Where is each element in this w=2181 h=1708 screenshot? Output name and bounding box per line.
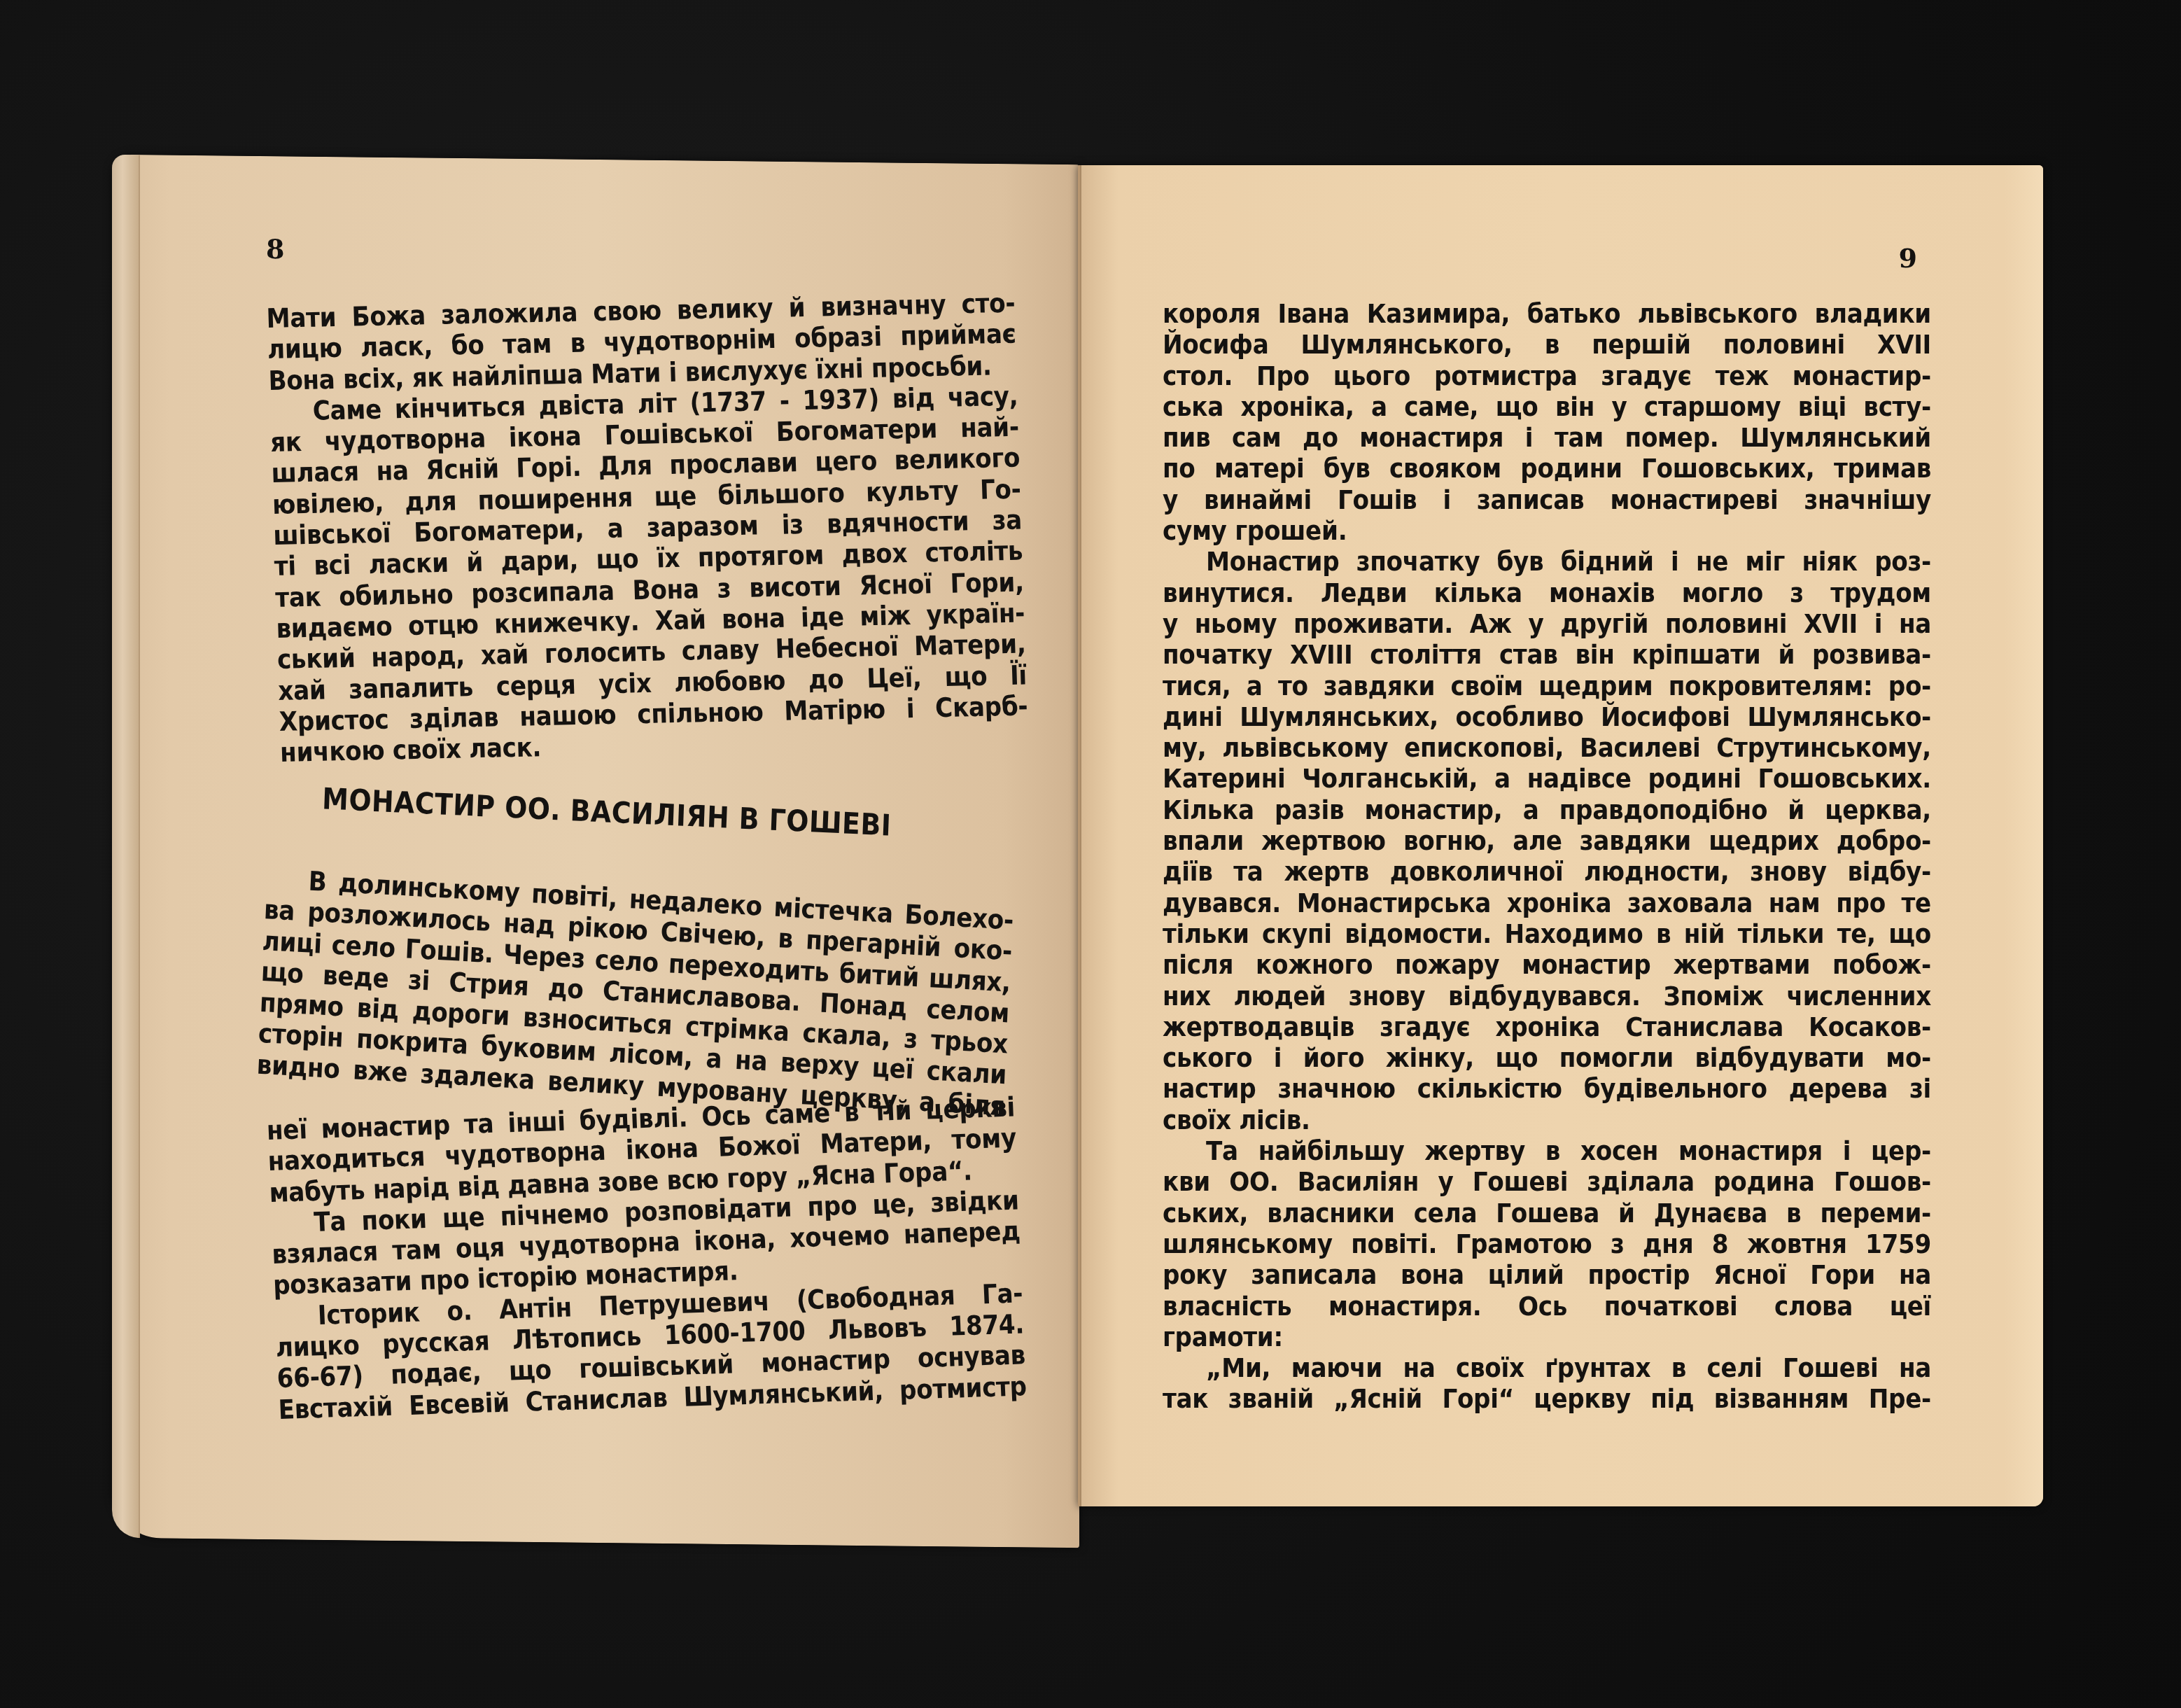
text-line: кви ОО. Василіян у Гошеві зділала родина… [1163,1166,1931,1197]
paragraph: В долинському повіті, недалеко містечка … [256,863,1014,1121]
text-line: тільки скупі відомости. Находимо в ній т… [1163,918,1931,949]
right-page: 9 короля Івана Казимира, батько львівськ… [1078,165,2043,1506]
text-line: ського і його жінку, що помогли відбудув… [1163,1042,1931,1073]
text-line: впали жертвою вогню, але завдяки щедрих … [1163,825,1931,856]
text-line: ська хроніка, а саме, що він у старшому … [1163,391,1931,422]
intro-text: Мати Божа заложила свою велику й визначн… [266,288,1029,769]
text-line: початку XVIII століття став він кріпшати… [1163,639,1931,670]
paragraph: „Ми, маючи на своїх ґрунтах в селі Гошев… [1163,1352,1931,1415]
left-page: 8 Мати Божа заложила свою велику й визна… [112,155,1079,1548]
section-text: В долинському повіті, недалеко містечка … [256,863,1014,1121]
text-line: му, львівському епископові, Василеві Стр… [1163,732,1931,763]
text-line: дувався. Монастирська хроніка заховала н… [1163,888,1931,918]
text-line: по матері був свояком родини Гошовських,… [1163,453,1931,484]
text-line: них людей знову відбудувався. Зпоміж чис… [1163,981,1931,1011]
section-heading: МОНАСТИР ОО. ВАСИЛІЯН В ГОШЕВІ [321,781,994,847]
text-line: грамоти: [1163,1322,1931,1352]
text-line: діїв та жертв довколичної людности, знов… [1163,856,1931,887]
text-line: після кожного пожару монастир жертвами п… [1163,949,1931,980]
text-line: року записала вона цілий простір Ясної Г… [1163,1259,1931,1290]
page-number: 8 [266,233,284,265]
text-line: настир значною скількістю будівельного д… [1163,1073,1931,1104]
text-line: у винаймі Гошів і записав монастиреві зн… [1163,484,1931,515]
text-line: винутися. Ледви кілька монахів могло з т… [1163,577,1931,608]
text-line: Та найбільшу жертву в хосен монастиря і … [1163,1135,1931,1166]
paragraph: Монастир зпочатку був бідний і не міг ні… [1163,546,1931,1135]
text-line: дині Шумлянських, особливо Йосифові Шумл… [1163,701,1931,732]
text-line: стол. Про цього ротмистра згадує теж мон… [1163,360,1931,391]
text-line: ських, власники села Гошева й Дунаєва в … [1163,1198,1931,1228]
text-line: шлянському повіті. Грамотою з дня 8 жовт… [1163,1228,1931,1259]
text-line: Йосифа Шумлянського, в першій половині X… [1163,329,1931,360]
page-edge [112,155,140,1538]
text-line: тися, а то завдяки своїм щедрим покровит… [1163,671,1931,701]
section-text-continued: неї монастир та інші будівлі. Ось саме в… [266,1091,1028,1424]
paragraph: Саме кінчиться двіста літ (1737 - 1937) … [269,381,1029,769]
text-line: своїх лісів. [1163,1105,1931,1135]
text-line: у ньому проживати. Аж у другій половині … [1163,608,1931,639]
paragraph: Мати Божа заложила свою велику й визначн… [266,288,1018,396]
paragraph: Історик о. Антін Петрушевич (Свободная Г… [274,1277,1027,1425]
text-line: „Ми, маючи на своїх ґрунтах в селі Гошев… [1163,1352,1931,1383]
body-text: короля Івана Казимира, батько львівськог… [1163,298,1931,1415]
text-line: Катерині Чолганській, а надівсе родині Г… [1163,763,1931,794]
text-line: власність монастиря. Ось початкові слова… [1163,1291,1931,1322]
text-line: суму грошей. [1163,515,1931,546]
text-line: Кілька разів монастир, а правдоподібно й… [1163,794,1931,825]
page-number: 9 [1899,242,1917,274]
text-line: жертводавців згадує хроніка Станислава К… [1163,1011,1931,1042]
text-line: Монастир зпочатку був бідний і не міг ні… [1163,546,1931,577]
text-line: пив сам до монастиря і там помер. Шумлян… [1163,422,1931,453]
book-gutter [1080,165,1081,1506]
paragraph: короля Івана Казимира, батько львівськог… [1163,298,1931,546]
text-line: короля Івана Казимира, батько львівськог… [1163,298,1931,329]
text-line: так званій „Ясній Горі“ церкву під візва… [1163,1383,1931,1414]
paragraph: Та найбільшу жертву в хосен монастиря і … [1163,1135,1931,1352]
